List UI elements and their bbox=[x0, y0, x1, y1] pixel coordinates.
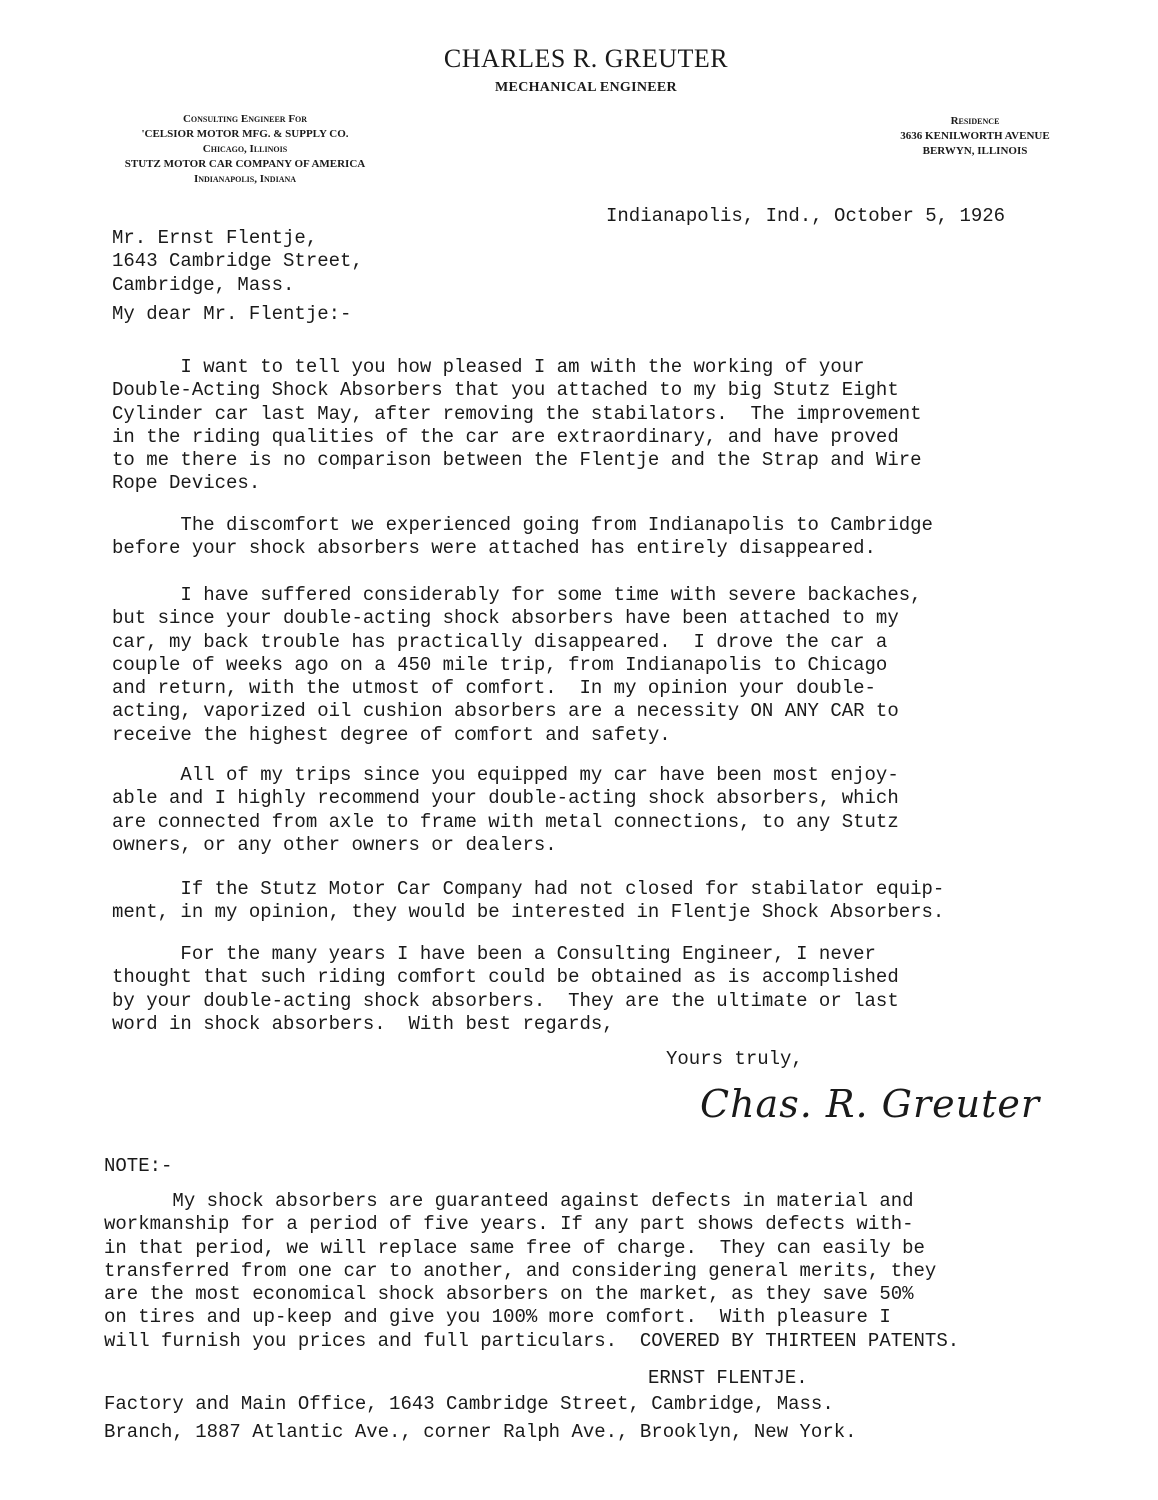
residence-city: BERWYN, ILLINOIS bbox=[855, 144, 1095, 159]
company-2-location: Indianapolis, Indiana bbox=[90, 172, 400, 187]
note-body: My shock absorbers are guaranteed agains… bbox=[104, 1190, 959, 1353]
salutation: My dear Mr. Flentje:- bbox=[112, 303, 351, 326]
company-1-location: Chicago, Illinois bbox=[90, 142, 400, 157]
paragraph: For the many years I have been a Consult… bbox=[112, 943, 899, 1036]
company-1: 'CELSIOR MOTOR MFG. & SUPPLY CO. bbox=[90, 127, 400, 142]
residence-street: 3636 KENILWORTH AVENUE bbox=[855, 129, 1095, 144]
paragraph: All of my trips since you equipped my ca… bbox=[112, 764, 899, 857]
paragraph: I want to tell you how pleased I am with… bbox=[112, 356, 922, 496]
closing: Yours truly, bbox=[666, 1048, 803, 1071]
residence-label: Residence bbox=[855, 114, 1095, 129]
paragraph: If the Stutz Motor Car Company had not c… bbox=[112, 878, 944, 925]
date-line: Indianapolis, Ind., October 5, 1926 bbox=[606, 205, 1005, 228]
note-label: NOTE:- bbox=[104, 1155, 172, 1178]
note-signer: ERNST FLENTJE. bbox=[648, 1367, 808, 1390]
letterhead-left-block: Consulting Engineer For 'CELSIOR MOTOR M… bbox=[90, 112, 400, 187]
consulting-label: Consulting Engineer For bbox=[90, 112, 400, 127]
recipient-address: Mr. Ernst Flentje, 1643 Cambridge Street… bbox=[112, 227, 363, 297]
letterhead-name: CHARLES R. GREUTER bbox=[0, 44, 1158, 74]
letterhead-right-block: Residence 3636 KENILWORTH AVENUE BERWYN,… bbox=[855, 114, 1095, 159]
signature: Chas. R. Greuter bbox=[700, 1082, 1040, 1126]
letterhead-title: MECHANICAL ENGINEER bbox=[0, 80, 1158, 96]
company-2: STUTZ MOTOR CAR COMPANY OF AMERICA bbox=[90, 157, 400, 172]
paragraph: I have suffered considerably for some ti… bbox=[112, 584, 922, 747]
paragraph: The discomfort we experienced going from… bbox=[112, 514, 933, 561]
footer-addresses: Factory and Main Office, 1643 Cambridge … bbox=[104, 1390, 857, 1446]
